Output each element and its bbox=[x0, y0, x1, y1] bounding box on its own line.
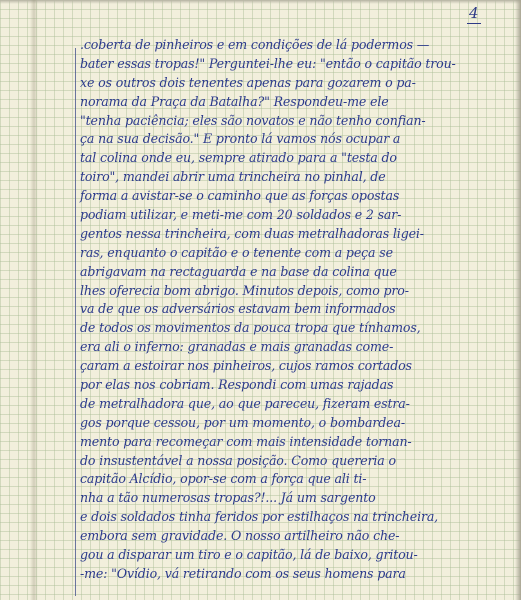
page-right-edge bbox=[515, 0, 521, 600]
margin-line bbox=[75, 48, 76, 596]
binding-shadow bbox=[30, 0, 38, 600]
text-line: ça na sua decisão." E pronto lá vamos nó… bbox=[80, 130, 510, 149]
text-line: gou a disparar um tiro e o capitão, lá d… bbox=[80, 546, 510, 565]
text-line: de metralhadora que, ao que pareceu, fiz… bbox=[80, 395, 510, 414]
text-line: podiam utilizar, e meti-me com 20 soldad… bbox=[80, 206, 510, 225]
page-number: 4 bbox=[467, 4, 481, 24]
text-line: -me: "Ovídio, vá retirando com os seus h… bbox=[80, 565, 510, 584]
text-line: tal colina onde eu, sempre atirado para … bbox=[80, 149, 510, 168]
text-line: abrigavam na rectaguarda e na base da co… bbox=[80, 263, 510, 282]
text-line: gos porque cessou, por um momento, o bom… bbox=[80, 414, 510, 433]
text-line: bater essas tropas!" Perguntei-lhe eu: "… bbox=[80, 55, 510, 74]
text-line: çaram a estoirar nos pinheiros, cujos ra… bbox=[80, 357, 510, 376]
text-line: embora sem gravidade. O nosso artilheiro… bbox=[80, 527, 510, 546]
text-line: ras, enquanto o capitão e o tenente com … bbox=[80, 244, 510, 263]
text-line: "tenha paciência; eles são novatos e não… bbox=[80, 112, 510, 131]
text-line: mento para recomeçar com mais intensidad… bbox=[80, 433, 510, 452]
text-line: gentos nessa trincheira, com duas metral… bbox=[80, 225, 510, 244]
text-line: toiro", mandei abrir uma trincheira no p… bbox=[80, 168, 510, 187]
text-line: de todos os movimentos da pouca tropa qu… bbox=[80, 319, 510, 338]
text-line: era ali o inferno: granadas e mais grana… bbox=[80, 338, 510, 357]
text-line: .coberta de pinheiros e em condições de … bbox=[80, 36, 510, 55]
text-line: lhes oferecia bom abrigo. Minutos depois… bbox=[80, 282, 510, 301]
page-top-edge bbox=[0, 0, 521, 4]
handwritten-text: .coberta de pinheiros e em condições de … bbox=[80, 36, 510, 584]
notebook-page: 4 .coberta de pinheiros e em condições d… bbox=[0, 0, 521, 600]
text-line: norama da Praça da Batalha?" Respondeu-m… bbox=[80, 93, 510, 112]
text-line: va de que os adversários estavam bem inf… bbox=[80, 300, 510, 319]
text-line: por elas nos cobriam. Respondi com umas … bbox=[80, 376, 510, 395]
text-line: e dois soldados tinha feridos por estilh… bbox=[80, 508, 510, 527]
text-line: capitão Alcídio, opor-se com a força que… bbox=[80, 470, 510, 489]
text-line: do insustentável a nossa posição. Como q… bbox=[80, 452, 510, 471]
text-line: forma a avistar-se o caminho que as forç… bbox=[80, 187, 510, 206]
text-line: nha a tão numerosas tropas?!... Já um sa… bbox=[80, 489, 510, 508]
text-line: xe os outros dois tenentes apenas para g… bbox=[80, 74, 510, 93]
